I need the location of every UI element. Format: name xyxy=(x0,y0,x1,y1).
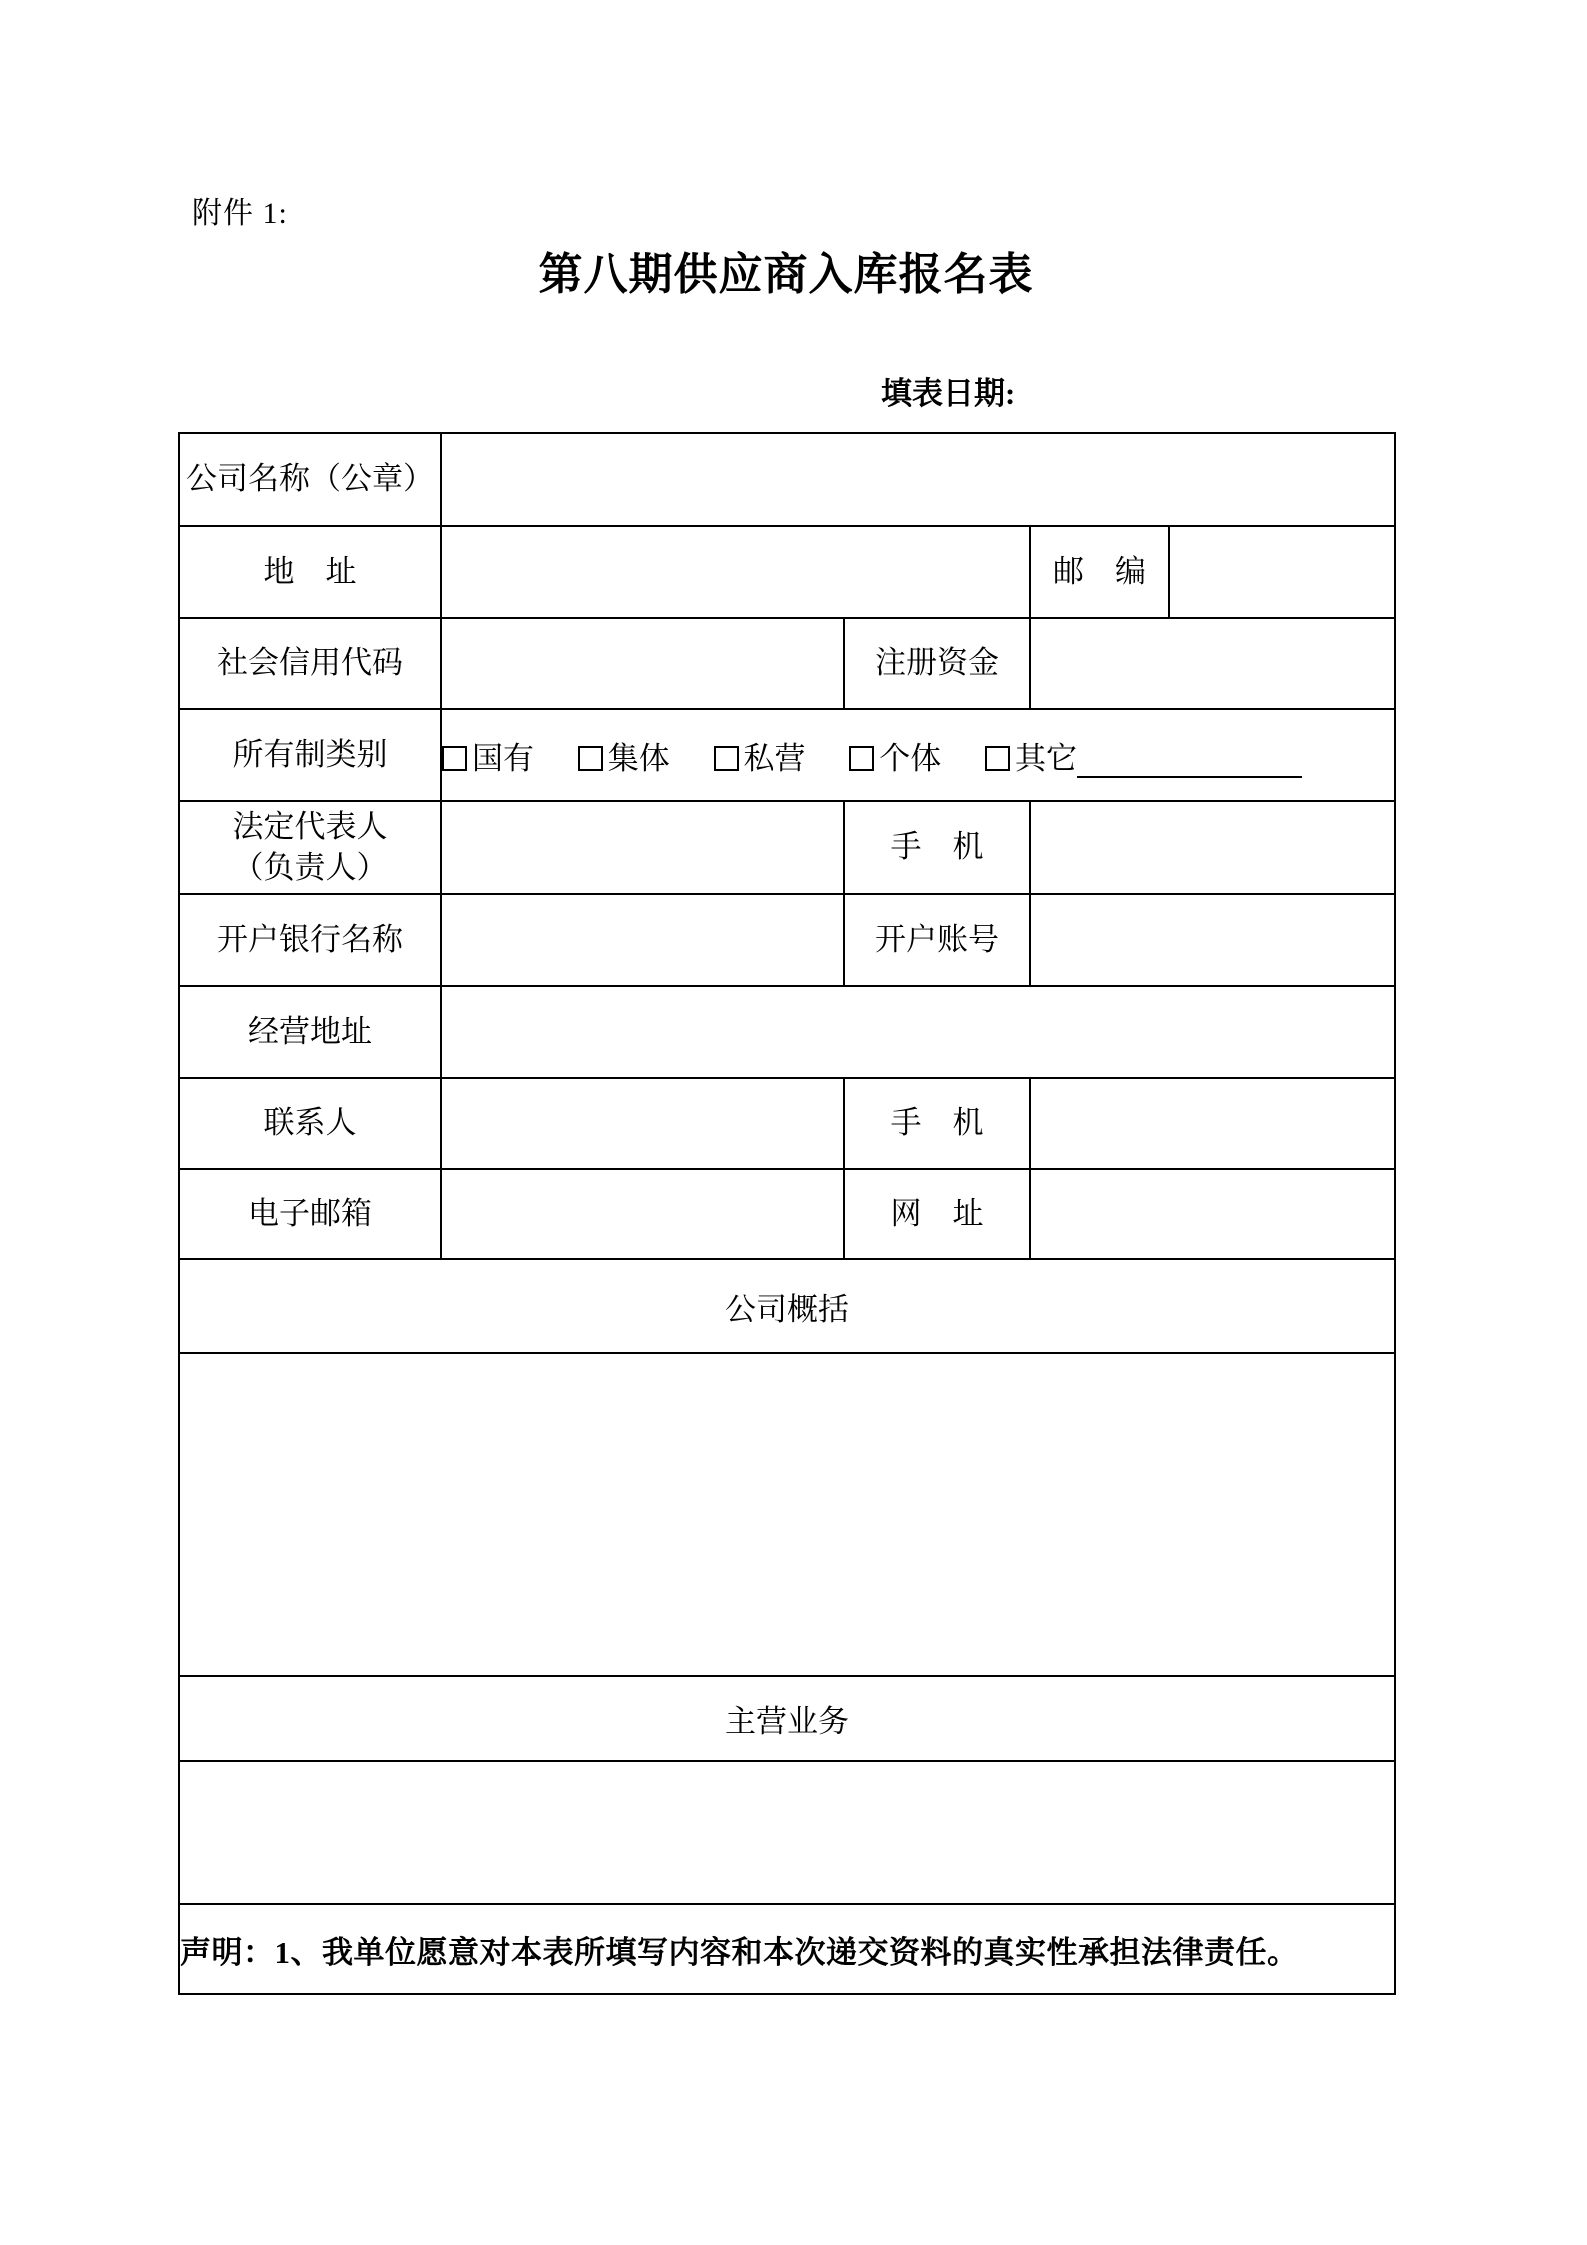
ownership-option-label: 集体 xyxy=(608,741,670,776)
checkbox-collective-icon xyxy=(578,746,603,771)
ownership-options-cell: 国有 集体 私营 个体 其它 xyxy=(441,709,1395,801)
row-company-name: 公司名称（公章） xyxy=(179,433,1395,526)
checkbox-individual-icon xyxy=(849,746,874,771)
bank-account-value-cell xyxy=(1030,894,1395,986)
page-title: 第八期供应商入库报名表 xyxy=(178,238,1394,302)
company-profile-header: 公司概括 xyxy=(179,1259,1395,1353)
email-value-cell xyxy=(441,1169,844,1259)
credit-code-value-cell xyxy=(441,618,844,709)
main-business-header: 主营业务 xyxy=(179,1676,1395,1761)
ownership-option-collective: 集体 xyxy=(578,741,670,776)
row-bank: 开户银行名称 开户账号 xyxy=(179,894,1395,986)
ownership-label: 所有制类别 xyxy=(179,709,441,801)
supplier-form-table: 公司名称（公章） 地 址 邮 编 社会信用代码 注册资金 所有制类别 国有 集体 xyxy=(178,432,1396,1995)
mobile2-value-cell xyxy=(1030,1078,1395,1169)
legal-rep-label-line2: （负责人） xyxy=(180,848,440,888)
mobile1-label: 手 机 xyxy=(844,801,1030,894)
business-address-label: 经营地址 xyxy=(179,986,441,1078)
registered-capital-value-cell xyxy=(1030,618,1395,709)
checkbox-other-icon xyxy=(985,746,1010,771)
bank-account-label: 开户账号 xyxy=(844,894,1030,986)
fill-date-label: 填表日期: xyxy=(178,368,1394,413)
ownership-option-state-owned: 国有 xyxy=(442,741,534,776)
website-value-cell xyxy=(1030,1169,1395,1259)
legal-rep-label-line1: 法定代表人 xyxy=(180,807,440,847)
postcode-value-cell xyxy=(1169,526,1395,618)
website-label: 网 址 xyxy=(844,1169,1030,1259)
document-page: 附件 1: 第八期供应商入库报名表 填表日期: 公司名称（公章） 地 址 邮 编… xyxy=(0,0,1587,2245)
email-label: 电子邮箱 xyxy=(179,1169,441,1259)
ownership-option-private: 私营 xyxy=(714,741,806,776)
row-ownership: 所有制类别 国有 集体 私营 个体 其它 xyxy=(179,709,1395,801)
credit-code-label: 社会信用代码 xyxy=(179,618,441,709)
row-main-business-header: 主营业务 xyxy=(179,1676,1395,1761)
checkbox-private-icon xyxy=(714,746,739,771)
company-name-value-cell xyxy=(441,433,1395,526)
row-company-profile-header: 公司概括 xyxy=(179,1259,1395,1353)
checkbox-state-owned-icon xyxy=(442,746,467,771)
business-address-value-cell xyxy=(441,986,1395,1078)
declaration-text: 声明：1、我单位愿意对本表所填写内容和本次递交资料的真实性承担法律责任。 xyxy=(179,1904,1395,1994)
ownership-option-label: 其它 xyxy=(1015,741,1077,776)
contact-value-cell xyxy=(441,1078,844,1169)
row-company-profile-content xyxy=(179,1353,1395,1676)
ownership-option-individual: 个体 xyxy=(849,741,941,776)
mobile2-label: 手 机 xyxy=(844,1078,1030,1169)
registered-capital-label: 注册资金 xyxy=(844,618,1030,709)
ownership-other-fill-line xyxy=(1077,745,1302,778)
ownership-option-label: 国有 xyxy=(472,741,534,776)
attachment-label: 附件 1: xyxy=(192,188,288,232)
address-value-cell xyxy=(441,526,1030,618)
row-address: 地 址 邮 编 xyxy=(179,526,1395,618)
mobile1-value-cell xyxy=(1030,801,1395,894)
main-business-content-cell xyxy=(179,1761,1395,1904)
ownership-option-label: 私营 xyxy=(744,741,806,776)
bank-name-value-cell xyxy=(441,894,844,986)
row-email: 电子邮箱 网 址 xyxy=(179,1169,1395,1259)
ownership-option-label: 个体 xyxy=(879,741,941,776)
legal-rep-value-cell xyxy=(441,801,844,894)
postcode-label: 邮 编 xyxy=(1030,526,1169,618)
row-business-address: 经营地址 xyxy=(179,986,1395,1078)
company-name-label: 公司名称（公章） xyxy=(179,433,441,526)
row-credit-code: 社会信用代码 注册资金 xyxy=(179,618,1395,709)
contact-label: 联系人 xyxy=(179,1078,441,1169)
row-contact: 联系人 手 机 xyxy=(179,1078,1395,1169)
row-legal-rep: 法定代表人 （负责人） 手 机 xyxy=(179,801,1395,894)
legal-rep-label: 法定代表人 （负责人） xyxy=(179,801,441,894)
company-profile-content-cell xyxy=(179,1353,1395,1676)
ownership-option-other: 其它 xyxy=(985,741,1302,776)
row-declaration: 声明：1、我单位愿意对本表所填写内容和本次递交资料的真实性承担法律责任。 xyxy=(179,1904,1395,1994)
row-main-business-content xyxy=(179,1761,1395,1904)
bank-name-label: 开户银行名称 xyxy=(179,894,441,986)
address-label: 地 址 xyxy=(179,526,441,618)
